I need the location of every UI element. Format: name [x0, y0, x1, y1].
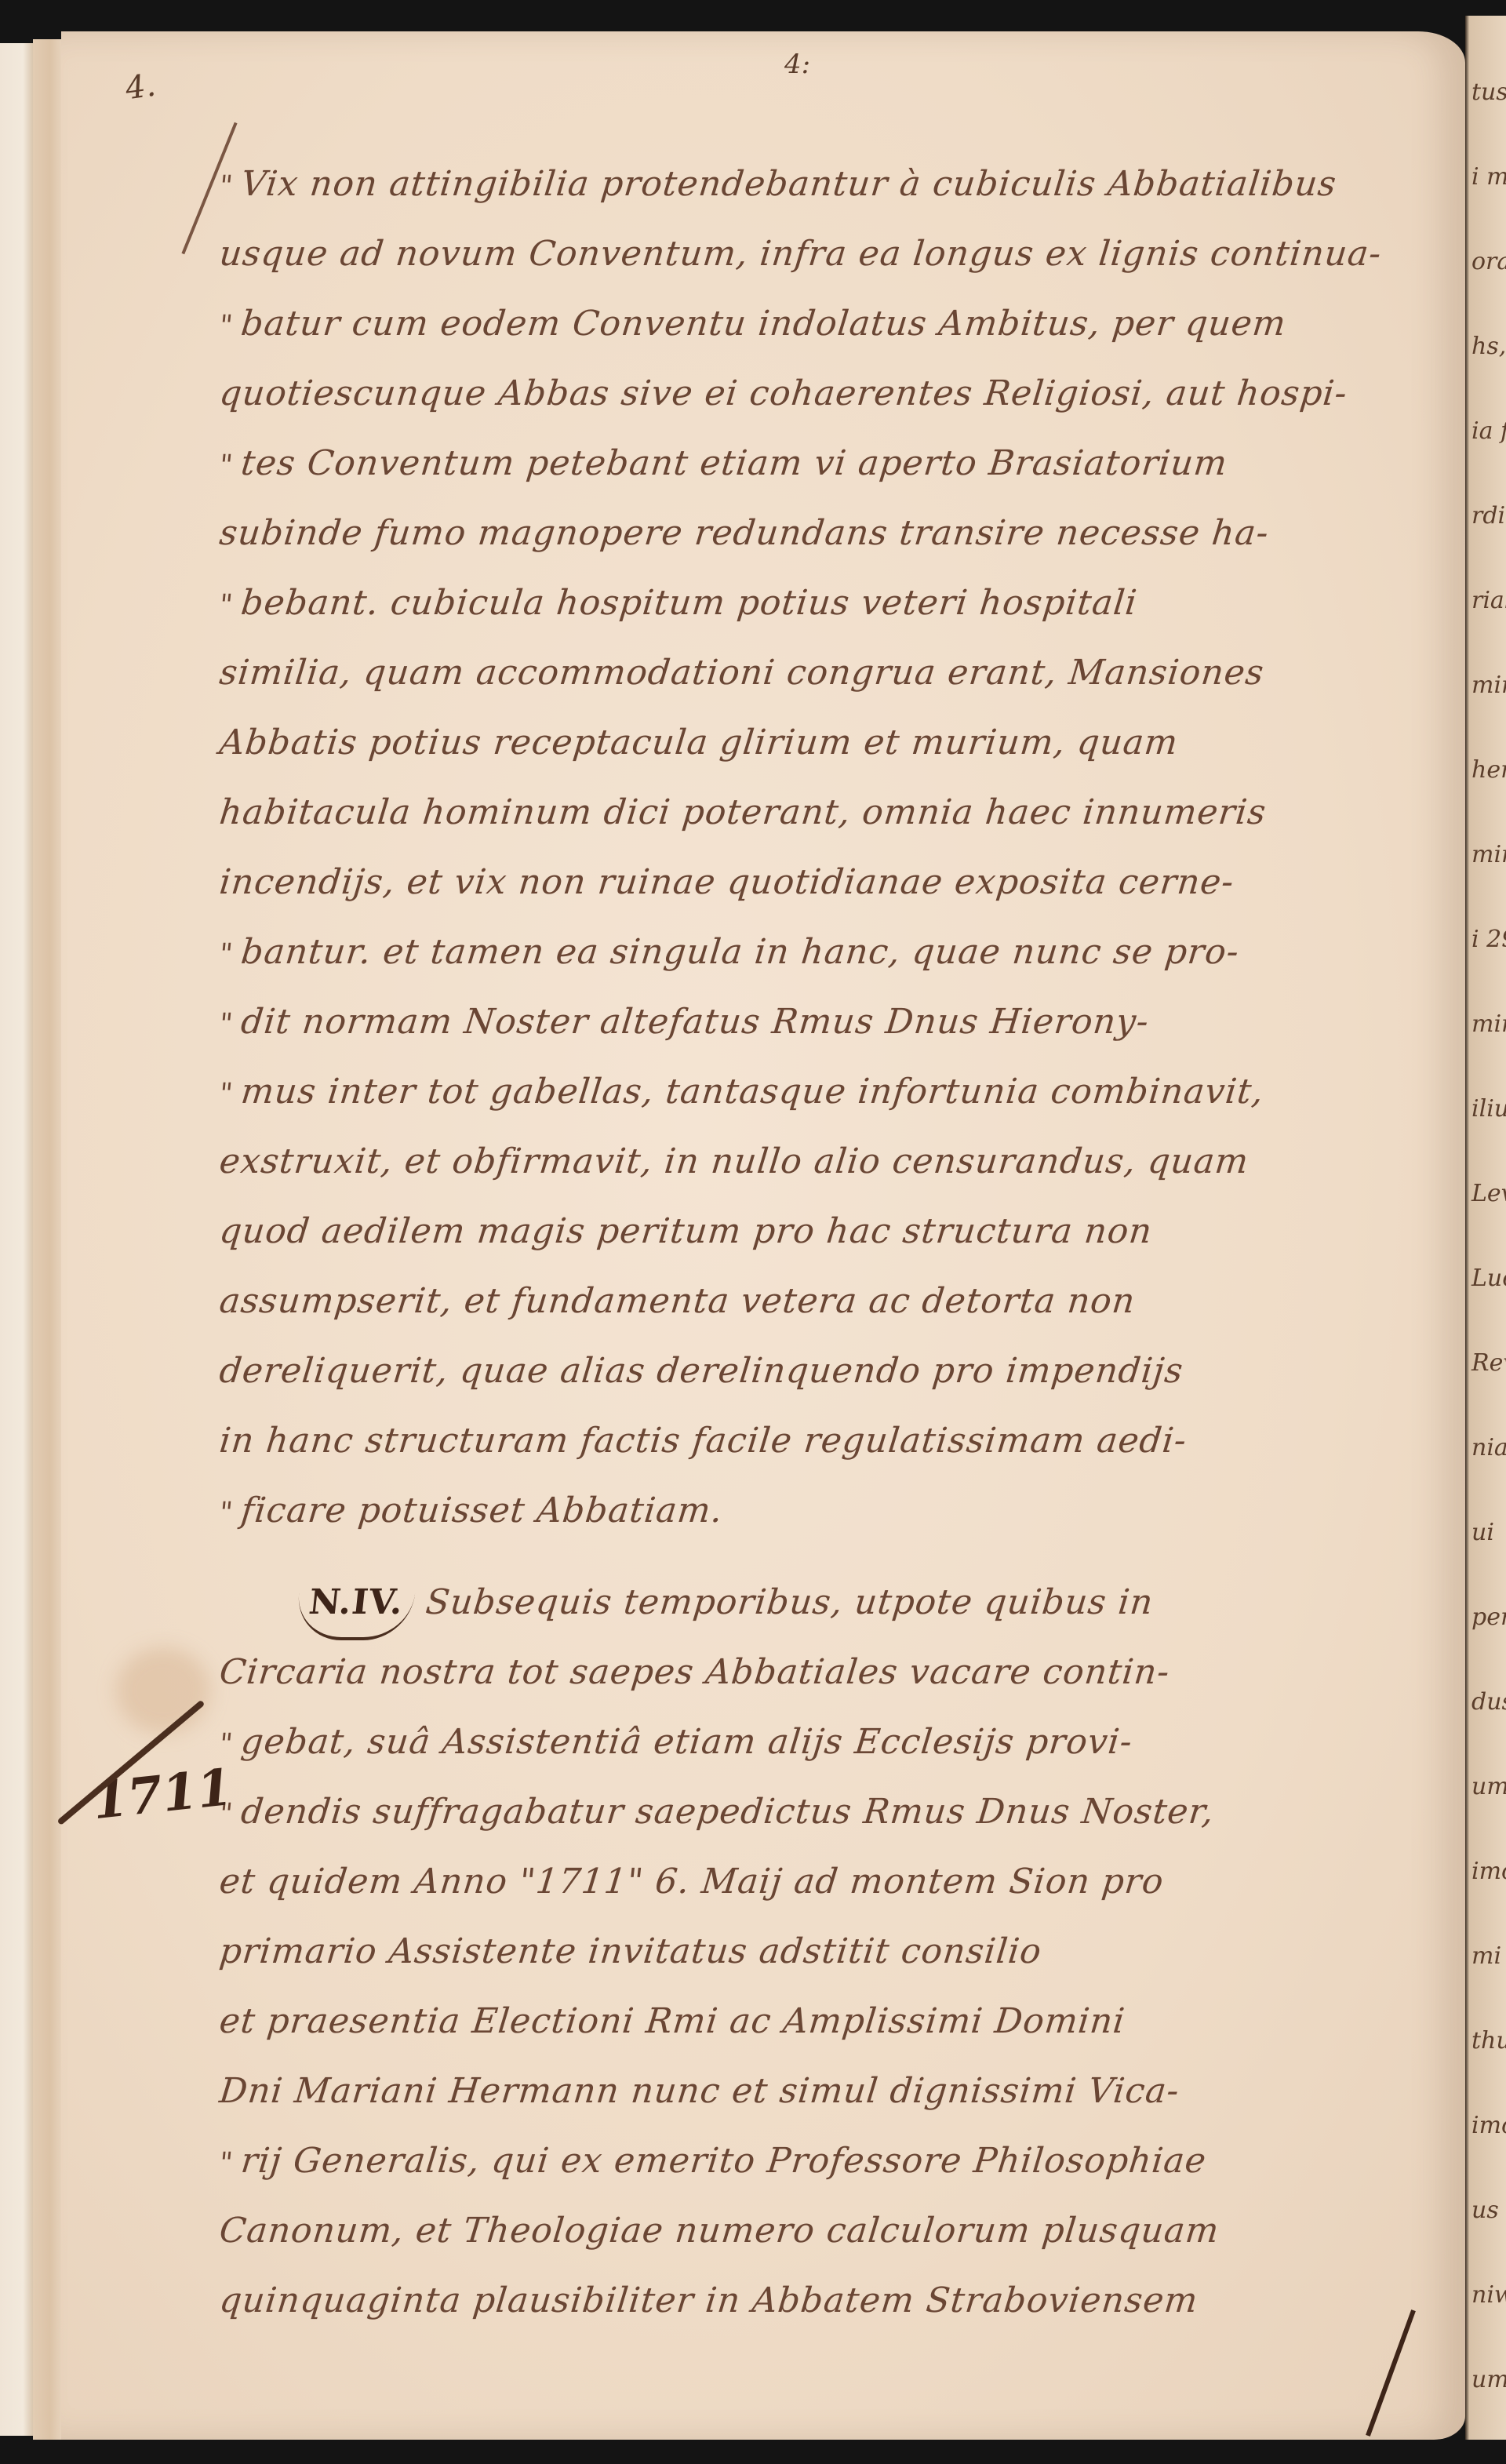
manuscript-line: dereliquerit, quae alias derelinquendo p… — [216, 1336, 1462, 1406]
line-text: habitacula hominum dici poterant, omnia … — [217, 792, 1268, 832]
manuscript-line: "mus inter tot gabellas, tantasque infor… — [216, 1057, 1462, 1126]
manuscript-line: subinde fumo magnopere redundans transir… — [216, 498, 1462, 568]
line-text: quod aedilem magis peritum pro hac struc… — [217, 1211, 1154, 1251]
line-text: ficare potuisset Abbatiam. — [239, 1490, 725, 1530]
adjacent-page-fragment: niw — [1471, 2281, 1506, 2309]
manuscript-line: quotiescunque Abbas sive ei cohaerentes … — [216, 358, 1462, 428]
quotation-mark: " — [218, 170, 235, 202]
adjacent-page-fragment: hern — [1471, 756, 1506, 784]
manuscript-line: "rij Generalis, qui ex emerito Professor… — [216, 2126, 1462, 2196]
water-stain — [116, 1647, 210, 1734]
quotation-mark: " — [218, 2147, 235, 2179]
quotation-mark: " — [218, 1497, 235, 1529]
line-text: et quidem Anno "1711" 6. Maij ad montem … — [217, 1862, 1166, 1902]
section-number: N.IV. — [294, 1567, 418, 1640]
adjacent-page-fragment: per — [1471, 1603, 1506, 1631]
manuscript-line: Dni Mariani Hermann nunc et simul dignis… — [216, 2056, 1462, 2126]
quotation-mark: " — [218, 310, 235, 342]
adjacent-page-fragment: umg — [1471, 2366, 1506, 2393]
line-text: rij Generalis, qui ex emerito Professore… — [239, 2141, 1209, 2181]
line-text: similia, quam accommodationi congrua era… — [217, 653, 1266, 693]
manuscript-line: similia, quam accommodationi congrua era… — [216, 638, 1462, 708]
adjacent-page-fragment: i 29. — [1471, 926, 1506, 953]
line-text: Vix non attingibilia protendebantur à cu… — [239, 164, 1339, 204]
line-text: Abbatis potius receptacula glirium et mu… — [217, 722, 1180, 762]
line-text: in hanc structuram factis facile regulat… — [217, 1421, 1188, 1461]
line-text: usque ad novum Conventum, infra ea longu… — [217, 234, 1384, 274]
binding-edge — [33, 39, 62, 2440]
page-number: 4. — [123, 67, 158, 107]
background-bottom — [0, 2440, 1506, 2464]
adjacent-page-fragment: mini — [1471, 841, 1506, 868]
manuscript-text: "Vix non attingibilia protendebantur à c… — [220, 149, 1459, 2335]
line-text: dit normam Noster altefatus Rmus Dnus Hi… — [239, 1002, 1151, 1042]
quotation-mark: " — [218, 938, 235, 970]
adjacent-page-fragment: imo — [1471, 2112, 1506, 2139]
adjacent-page-fragment: ia f — [1471, 417, 1506, 445]
adjacent-page-fragment: imo — [1471, 1858, 1506, 1885]
adjacent-page-fragment: dush — [1471, 1688, 1506, 1716]
line-text: subinde fumo magnopere redundans transir… — [217, 513, 1271, 553]
manuscript-line: et quidem Anno "1711" 6. Maij ad montem … — [216, 1847, 1462, 1916]
manuscript-line: quinquaginta plausibiliter in Abbatem St… — [216, 2266, 1462, 2335]
manuscript-line: habitacula hominum dici poterant, omnia … — [216, 777, 1462, 847]
line-text: dereliquerit, quae alias derelinquendo p… — [217, 1351, 1185, 1391]
adjacent-page-fragment: i max — [1471, 163, 1506, 191]
quotation-mark: " — [218, 1728, 235, 1760]
line-text: Dni Mariani Hermann nunc et simul dignis… — [217, 2071, 1181, 2111]
adjacent-page-fragment: Lev — [1471, 1180, 1506, 1207]
line-text: Canonum, et Theologiae numero calculorum… — [217, 2211, 1221, 2251]
adjacent-page-fragment: ui — [1471, 1519, 1494, 1546]
adjacent-page-fragment: orac — [1471, 248, 1506, 275]
line-text: gebat, suâ Assistentiâ etiam alijs Eccle… — [239, 1722, 1135, 1762]
line-text: exstruxit, et obfirmavit, in nullo alio … — [217, 1141, 1250, 1181]
quotation-mark: " — [218, 449, 235, 482]
quotation-mark: " — [218, 589, 235, 621]
manuscript-line: "bantur. et tamen ea singula in hanc, qu… — [216, 917, 1462, 987]
line-text: tes Conventum petebant etiam vi aperto B… — [239, 443, 1230, 483]
adjacent-page-fragment: Luc — [1471, 1265, 1506, 1292]
manuscript-line: assumpserit, et fundamenta vetera ac det… — [216, 1266, 1462, 1336]
line-text: et praesentia Electioni Rmi ac Amplissim… — [217, 2001, 1127, 2041]
quotation-mark: " — [218, 1008, 235, 1040]
manuscript-line: Circaria nostra tot saepes Abbatiales va… — [216, 1637, 1462, 1707]
manuscript-line: Abbatis potius receptacula glirium et mu… — [216, 708, 1462, 777]
adjacent-page-fragment: nia — [1471, 1434, 1506, 1461]
manuscript-line: exstruxit, et obfirmavit, in nullo alio … — [216, 1126, 1462, 1196]
manuscript-line: "gebat, suâ Assistentiâ etiam alijs Eccl… — [216, 1707, 1462, 1777]
manuscript-line: in hanc structuram factis facile regulat… — [216, 1406, 1462, 1476]
manuscript-line: primario Assistente invitatus adstitit c… — [216, 1916, 1462, 1986]
manuscript-line: "tes Conventum petebant etiam vi aperto … — [216, 428, 1462, 498]
adjacent-page-fragment: minos — [1471, 672, 1506, 699]
top-mark: 4: — [784, 49, 810, 80]
adjacent-page-fragment: mino — [1471, 1010, 1506, 1038]
manuscript-line: Canonum, et Theologiae numero calculorum… — [216, 2196, 1462, 2266]
line-text: Subsequis temporibus, utpote quibus in — [424, 1582, 1155, 1622]
manuscript-line: incendijs, et vix non ruinae quotidianae… — [216, 847, 1462, 917]
adjacent-page-fragment: mi — [1471, 1942, 1501, 1970]
adjacent-page-fragment: thum — [1471, 2027, 1506, 2055]
line-text: quotiescunque Abbas sive ei cohaerentes … — [217, 373, 1349, 413]
line-text: bebant. cubicula hospitum potius veteri … — [239, 583, 1140, 623]
adjacent-page-fragment: us — [1471, 2196, 1499, 2224]
line-text: primario Assistente invitatus adstitit c… — [217, 1931, 1043, 1971]
adjacent-page-fragment: tus fu — [1471, 78, 1506, 106]
line-text: bantur. et tamen ea singula in hanc, qua… — [239, 932, 1242, 972]
adjacent-page-fragment: hs, u — [1471, 333, 1506, 360]
adjacent-page-fragment: riali — [1471, 587, 1506, 614]
line-text: mus inter tot gabellas, tantasque infort… — [239, 1072, 1266, 1112]
manuscript-line: et praesentia Electioni Rmi ac Amplissim… — [216, 1986, 1462, 2056]
manuscript-line: "ficare potuisset Abbatiam. — [216, 1476, 1462, 1545]
manuscript-line: quod aedilem magis peritum pro hac struc… — [216, 1196, 1462, 1266]
line-text: batur cum eodem Conventu indolatus Ambit… — [239, 304, 1288, 344]
manuscript-line: "Vix non attingibilia protendebantur à c… — [216, 149, 1462, 219]
quotation-mark: " — [218, 1078, 235, 1110]
line-text: dendis suffragabatur saepedictus Rmus Dn… — [239, 1792, 1217, 1832]
line-text: quinquaginta plausibiliter in Abbatem St… — [217, 2280, 1200, 2320]
manuscript-line: "dit normam Noster altefatus Rmus Dnus H… — [216, 987, 1462, 1057]
manuscript-line: "bebant. cubicula hospitum potius veteri… — [216, 568, 1462, 638]
manuscript-line: "dendis suffragabatur saepedictus Rmus D… — [216, 1777, 1462, 1847]
line-text: incendijs, et vix non ruinae quotidianae… — [217, 862, 1236, 902]
line-text: assumpserit, et fundamenta vetera ac det… — [217, 1281, 1137, 1321]
adjacent-page-fragment: um — [1471, 1773, 1506, 1800]
adjacent-page-fragment: ilium — [1471, 1095, 1506, 1123]
manuscript-line: N.IV. Subsequis temporibus, utpote quibu… — [216, 1567, 1462, 1637]
binding-strip — [0, 43, 34, 2436]
adjacent-page-fragment: Rev — [1471, 1349, 1506, 1377]
adjacent-page-fragment: rdi — [1471, 502, 1505, 530]
adjacent-page-edge: tus fui maxorachs, uia frdirialiminosher… — [1465, 16, 1506, 2455]
line-text: Circaria nostra tot saepes Abbatiales va… — [217, 1652, 1172, 1692]
manuscript-line: "batur cum eodem Conventu indolatus Ambi… — [216, 289, 1462, 358]
manuscript-line: usque ad novum Conventum, infra ea longu… — [216, 219, 1462, 289]
